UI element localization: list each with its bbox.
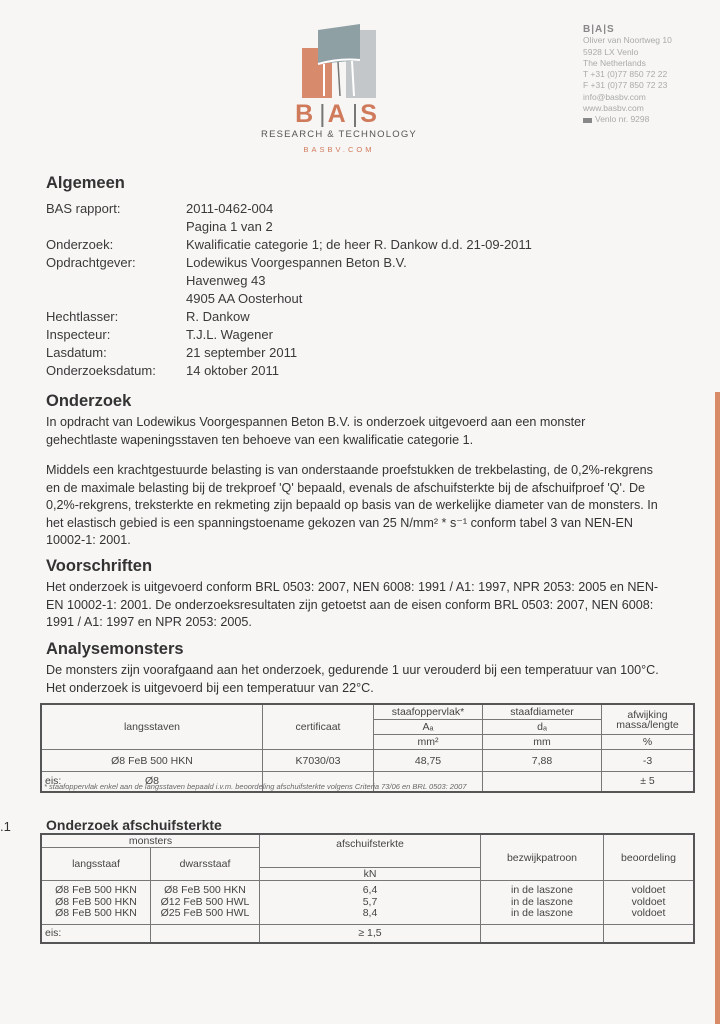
info-value: 4905 AA Oosterhout [186,290,302,308]
text-line: Het onderzoek is uitgevoerd bij een temp… [46,680,706,698]
info-value: 2011-0462-004 [186,200,273,218]
info-value: T.J.L. Wagener [186,326,273,344]
col-langsstaaf: langsstaaf [41,848,151,881]
info-row: BAS rapport:2011-0462-004 [46,200,532,218]
info-value: 21 september 2011 [186,344,297,362]
address-line: Oliver van Noortweg 10 [583,35,672,46]
address-line: F +31 (0)77 850 72 23 [583,80,672,91]
col-certificaat: certificaat [263,704,374,750]
section-title-voorschriften: Voorschriften [46,557,152,576]
logo-letters: B|A|S [254,100,424,129]
info-row: Lasdatum:21 september 2011 [46,344,532,362]
table-footnote: * staafoppervlak enkel aan de langsstave… [44,782,467,791]
voorschriften-paragraph: Het onderzoek is uitgevoerd conform BRL … [46,579,706,632]
section-title-algemeen: Algemeen [46,174,125,193]
text-line: De monsters zijn voorafgaand aan het ond… [46,662,706,680]
info-row: Onderzoeksdatum:14 oktober 2011 [46,362,532,380]
text-line: het elastisch gebied is een spanningstoe… [46,515,706,533]
info-value: Kwalificatie categorie 1; de heer R. Dan… [186,236,532,254]
info-value: Havenweg 43 [186,272,266,290]
kvk-line: Venlo nr. 9298 [583,114,672,125]
eis-row: eis: ≥ 1,5 [41,925,694,943]
info-row: Hechtlasser:R. Dankow [46,308,532,326]
info-label: Onderzoeksdatum: [46,362,186,380]
col-beoordeling: beoordeling [604,834,695,881]
info-label: BAS rapport: [46,200,186,218]
info-label: Onderzoek: [46,236,186,254]
address-line: T +31 (0)77 850 72 22 [583,69,672,80]
info-value: 14 oktober 2011 [186,362,279,380]
cell-line: voldoet [604,908,693,920]
text-line: gehechtlaste wapeningsstaven ten behoeve… [46,432,706,450]
col-afschuifsterkte: afschuifsterkte [260,834,481,868]
edge-stripe [715,392,720,1024]
cell-line: Ø8 FeB 500 HKN [42,908,150,920]
address-line: 5928 LX Venlo [583,47,672,58]
general-info: BAS rapport:2011-0462-004Pagina 1 van 2O… [46,200,532,380]
info-row: Opdrachtgever:Lodewikus Voorgespannen Be… [46,254,532,272]
address-line: The Netherlands [583,58,672,69]
text-line: 10002-1: 2001. [46,532,706,550]
col-bezwijkpatroon: bezwijkpatroon [481,834,604,881]
cell-line: Ø25 FeB 500 HWL [151,908,259,920]
text-line: en de maximale belasting bij de trekproe… [46,480,706,498]
section-number: .1 [0,819,11,834]
text-line: In opdracht van Lodewikus Voorgespannen … [46,414,706,432]
text-line: Het onderzoek is uitgevoerd conform BRL … [46,579,706,597]
onderzoek-paragraph-2: Middels een krachtgestuurde belasting is… [46,462,706,550]
company-address: B|A|S Oliver van Noortweg 105928 LX Venl… [583,24,672,126]
info-label [46,218,186,236]
info-value: R. Dankow [186,308,250,326]
building-logo-icon [294,20,384,98]
info-label: Opdrachtgever: [46,254,186,272]
col-staafoppervlak: staafoppervlak* [374,704,483,720]
table-row: Ø8 FeB 500 HKNØ8 FeB 500 HKNØ8 FeB 500 H… [41,881,694,925]
info-label [46,290,186,308]
bas-logo: B|A|S RESEARCH & TECHNOLOGY BASBV.COM [254,20,424,155]
info-label: Lasdatum: [46,344,186,362]
logo-tagline: RESEARCH & TECHNOLOGY [254,129,424,140]
section-title-onderzoek: Onderzoek [46,392,131,411]
info-value: Pagina 1 van 2 [186,218,273,236]
info-row: Onderzoek:Kwalificatie categorie 1; de h… [46,236,532,254]
table-row: Ø8 FeB 500 HKN K7030/03 48,75 7,88 -3 [41,750,694,772]
col-dwarsstaaf: dwarsstaaf [151,848,260,881]
text-line: 1991 / A1: 1997 en NPR 2053: 2005. [46,614,706,632]
info-row: 4905 AA Oosterhout [46,290,532,308]
col-staafdiameter: staafdiameter [483,704,602,720]
info-label: Hechtlasser: [46,308,186,326]
section-title-afschuif: Onderzoek afschuifsterkte [46,817,222,833]
info-row: Havenweg 43 [46,272,532,290]
onderzoek-paragraph-1: In opdracht van Lodewikus Voorgespannen … [46,414,706,449]
info-row: Inspecteur:T.J.L. Wagener [46,326,532,344]
section-title-analysemonsters: Analysemonsters [46,640,184,659]
logo-url: BASBV.COM [254,145,424,154]
info-label [46,272,186,290]
info-label: Inspecteur: [46,326,186,344]
analysemonsters-paragraph: De monsters zijn voorafgaand aan het ond… [46,662,706,697]
analysemonsters-table: langsstaven certificaat staafoppervlak* … [40,703,695,793]
cell-line: in de laszone [481,908,603,920]
text-line: 0,2%-rekgrens, treksterkte en rekmeting … [46,497,706,515]
address-line: info@basbv.com [583,92,672,103]
cell-line: 8,4 [260,908,480,920]
address-line: www.basbv.com [583,103,672,114]
kvk-icon [583,118,592,123]
text-line: Middels een krachtgestuurde belasting is… [46,462,706,480]
col-monsters: monsters [41,834,260,848]
info-value: Lodewikus Voorgespannen Beton B.V. [186,254,407,272]
col-afwijking: afwijking massa/lengte [602,704,695,735]
info-row: Pagina 1 van 2 [46,218,532,236]
col-langsstaven: langsstaven [41,704,263,750]
text-line: EN 10002-1: 2001. De onderzoeksresultate… [46,597,706,615]
afschuif-table: monsters afschuifsterkte bezwijkpatroon … [40,833,695,944]
